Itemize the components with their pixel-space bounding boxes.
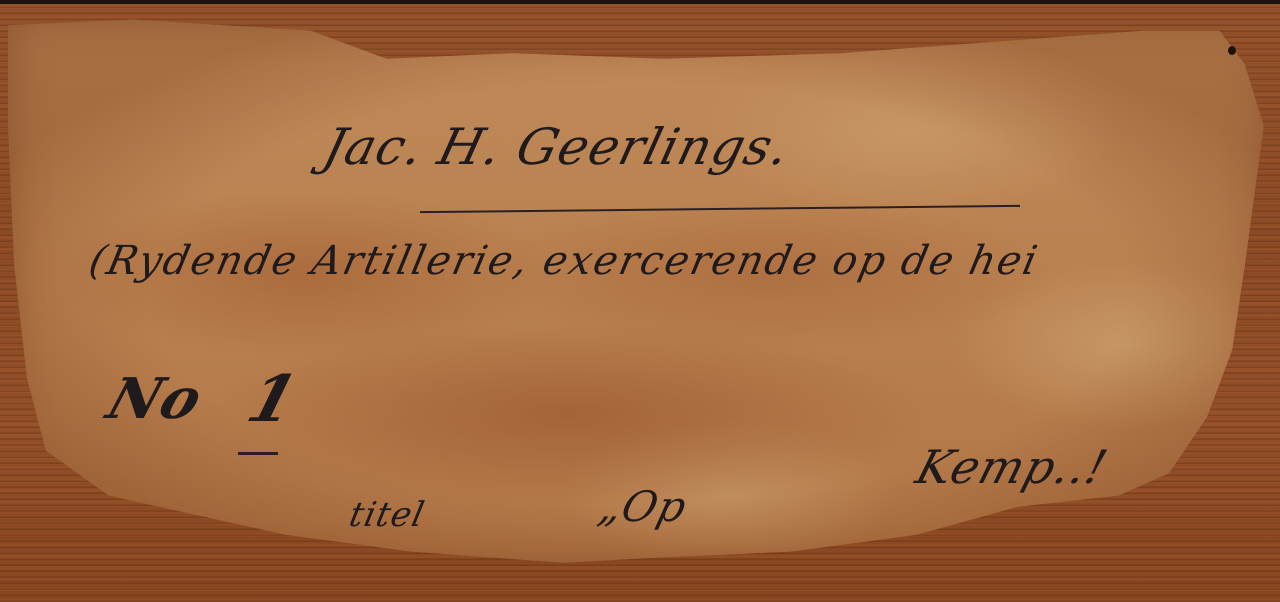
nail-hole bbox=[1228, 46, 1236, 55]
number-underline bbox=[238, 452, 278, 455]
artwork-title: (Rydende Artillerie, exercerende op de h… bbox=[85, 238, 1043, 284]
titel-label: titel bbox=[346, 495, 429, 535]
artist-signature: Jac. H. Geerlings. bbox=[318, 118, 796, 176]
titel-value: „Op bbox=[594, 482, 692, 531]
place-name: Kemp..! bbox=[910, 440, 1114, 494]
